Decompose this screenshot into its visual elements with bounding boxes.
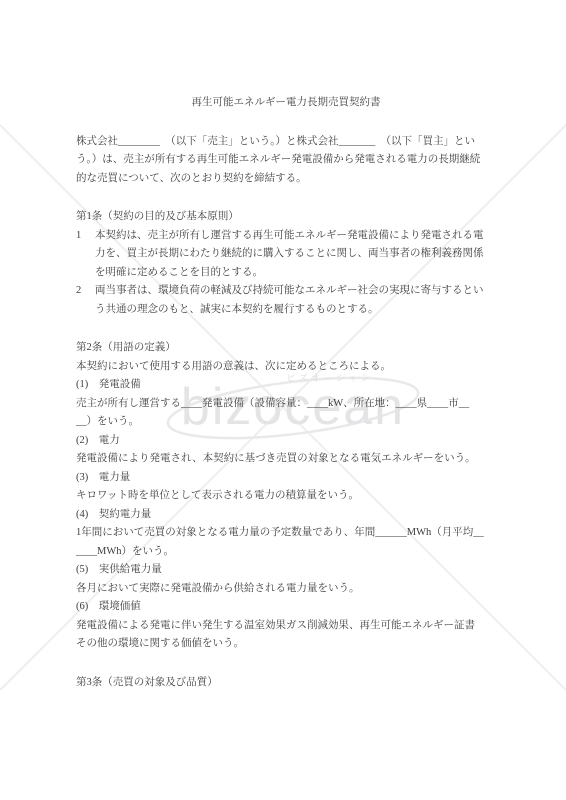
clause-continuation-line: を明確に定めることを目的とする。 [76,264,496,283]
doc-line: 売主が所有し運営する____発電設備（設備容量：____kW、所在地：____県… [76,395,496,414]
doc-line: 各月において実際に発電設備から供給される電力量をいう。 [76,580,496,599]
doc-line: (6) 環境価値 [76,598,496,617]
section-gap [76,113,496,133]
article-heading: 第3条（売買の対象及び品質） [76,674,496,693]
section-gap [76,319,496,339]
numbered-clause-line: 2両当事者は、環境負荷の軽減及び持続可能なエネルギー社会の実現に寄与するとい [76,282,496,301]
doc-line: (1) 発電設備 [76,376,496,395]
section-gap [76,654,496,674]
clause-continuation-line: 力を、買主が長期にわたり継続的に購入することに関し、両当事者の権利義務関係 [76,245,496,264]
doc-line: (5) 実供給電力量 [76,561,496,580]
doc-line: その他の環境に関する価値をいう。 [76,635,496,654]
doc-line: 株式会社________ （以下「売主」という。）と株式会社_______ （以… [76,133,496,152]
numbered-clause-line: 1本契約は、売主が所有し運営する再生可能エネルギー発電設備により発電される電 [76,227,496,246]
doc-line: 的な売買について、次のとおり契約を締結する。 [76,170,496,189]
clause-number: 2 [76,282,95,301]
clause-text: 本契約は、売主が所有し運営する再生可能エネルギー発電設備により発電される電 [95,230,484,241]
doc-line: う。）は、売主が所有する再生可能エネルギー発電設備から発電される電力の長期継続 [76,151,496,170]
doc-line: 発電設備により発電され、本契約に基づき売買の対象となる電気エネルギーをいう。 [76,450,496,469]
doc-line: __）をいう。 [76,413,496,432]
doc-line: (4) 契約電力量 [76,506,496,525]
clause-continuation-line: う共通の理念のもと、誠実に本契約を履行するものとする。 [76,301,496,320]
contract-body: 再生可能エネルギー電力長期売買契約書株式会社________ （以下「売主」とい… [0,0,566,800]
doc-line: 1年間において売買の対象となる電力量の予定数量であり、年間______MWh（月… [76,524,496,543]
doc-line: 本契約において使用する用語の意義は、次に定めるところによる。 [76,358,496,377]
clause-text: 両当事者は、環境負荷の軽減及び持続可能なエネルギー社会の実現に寄与するとい [95,285,484,296]
clause-number: 1 [76,227,95,246]
article-heading: 第1条（契約の目的及び基本原則） [76,208,496,227]
doc-line: キロワット時を単位として表示される電力の積算量をいう。 [76,487,496,506]
doc-line: (2) 電力 [76,432,496,451]
article-heading: 第2条（用語の定義） [76,339,496,358]
contract-document-page: bizocean ビズオーシャン 再生可能エネルギー電力長期売買契約書株式会社_… [0,0,566,800]
document-title: 再生可能エネルギー電力長期売買契約書 [76,94,496,113]
section-gap [76,188,496,208]
doc-line: 発電設備による発電に伴い発生する温室効果ガス削減効果、再生可能エネルギー証書 [76,617,496,636]
doc-line: ____MWh）をいう。 [76,543,496,562]
doc-line: (3) 電力量 [76,469,496,488]
